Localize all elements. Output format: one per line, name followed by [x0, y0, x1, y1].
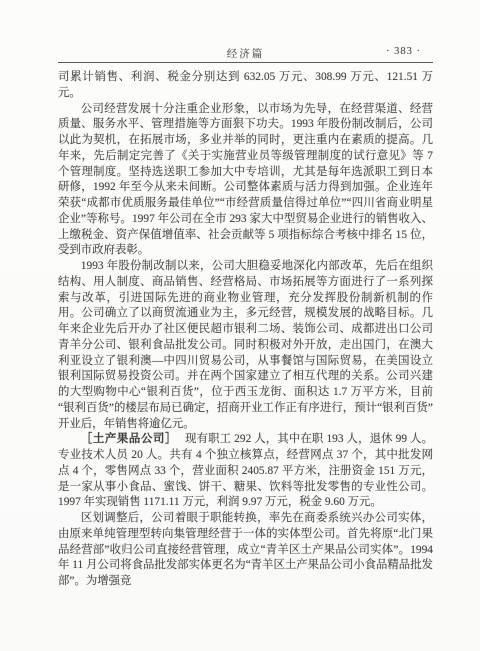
entry-label: ［土产果品公司］	[81, 433, 177, 445]
running-header: 经济篇 · 383 ·	[58, 46, 433, 63]
paragraph-entry: ［土产果品公司］现有职工 292 人，其中在职 193 人，退休 99 人。专业…	[58, 432, 433, 511]
page-content-column: 经济篇 · 383 · 司累计销售、利润、税金分别达到 632.05 万元、30…	[58, 46, 433, 590]
page-number: · 383 ·	[386, 46, 421, 57]
paragraph-text: 1993 年股份制改制以来，公司大胆稳妥地深化内部改革，先后在组织结构、用人制度…	[58, 260, 433, 430]
paragraph: 1993 年股份制改制以来，公司大胆稳妥地深化内部改革，先后在组织结构、用人制度…	[58, 259, 433, 432]
paragraph-text: 公司经营发展十分注重企业形象，以市场为先导，在经营渠道、经营质量、服务水平、管理…	[58, 103, 433, 257]
section-title: 经济篇	[58, 46, 433, 61]
paragraph: 区划调整后，公司着眼于职能转换，率先在商委系统兴办公司实体，由原来单纯管理型转向…	[58, 511, 433, 590]
body-text: 司累计销售、利润、税金分别达到 632.05 万元、308.99 万元、121.…	[58, 70, 433, 590]
paragraph-continuation: 司累计销售、利润、税金分别达到 632.05 万元、308.99 万元、121.…	[58, 70, 433, 102]
paragraph-text: 司累计销售、利润、税金分别达到 632.05 万元、308.99 万元、121.…	[58, 71, 433, 99]
paragraph: 公司经营发展十分注重企业形象，以市场为先导，在经营渠道、经营质量、服务水平、管理…	[58, 102, 433, 260]
paragraph-text: 区划调整后，公司着眼于职能转换，率先在商委系统兴办公司实体，由原来单纯管理型转向…	[58, 512, 433, 587]
scanned-book-page: 经济篇 · 383 · 司累计销售、利润、税金分别达到 632.05 万元、30…	[0, 0, 480, 651]
